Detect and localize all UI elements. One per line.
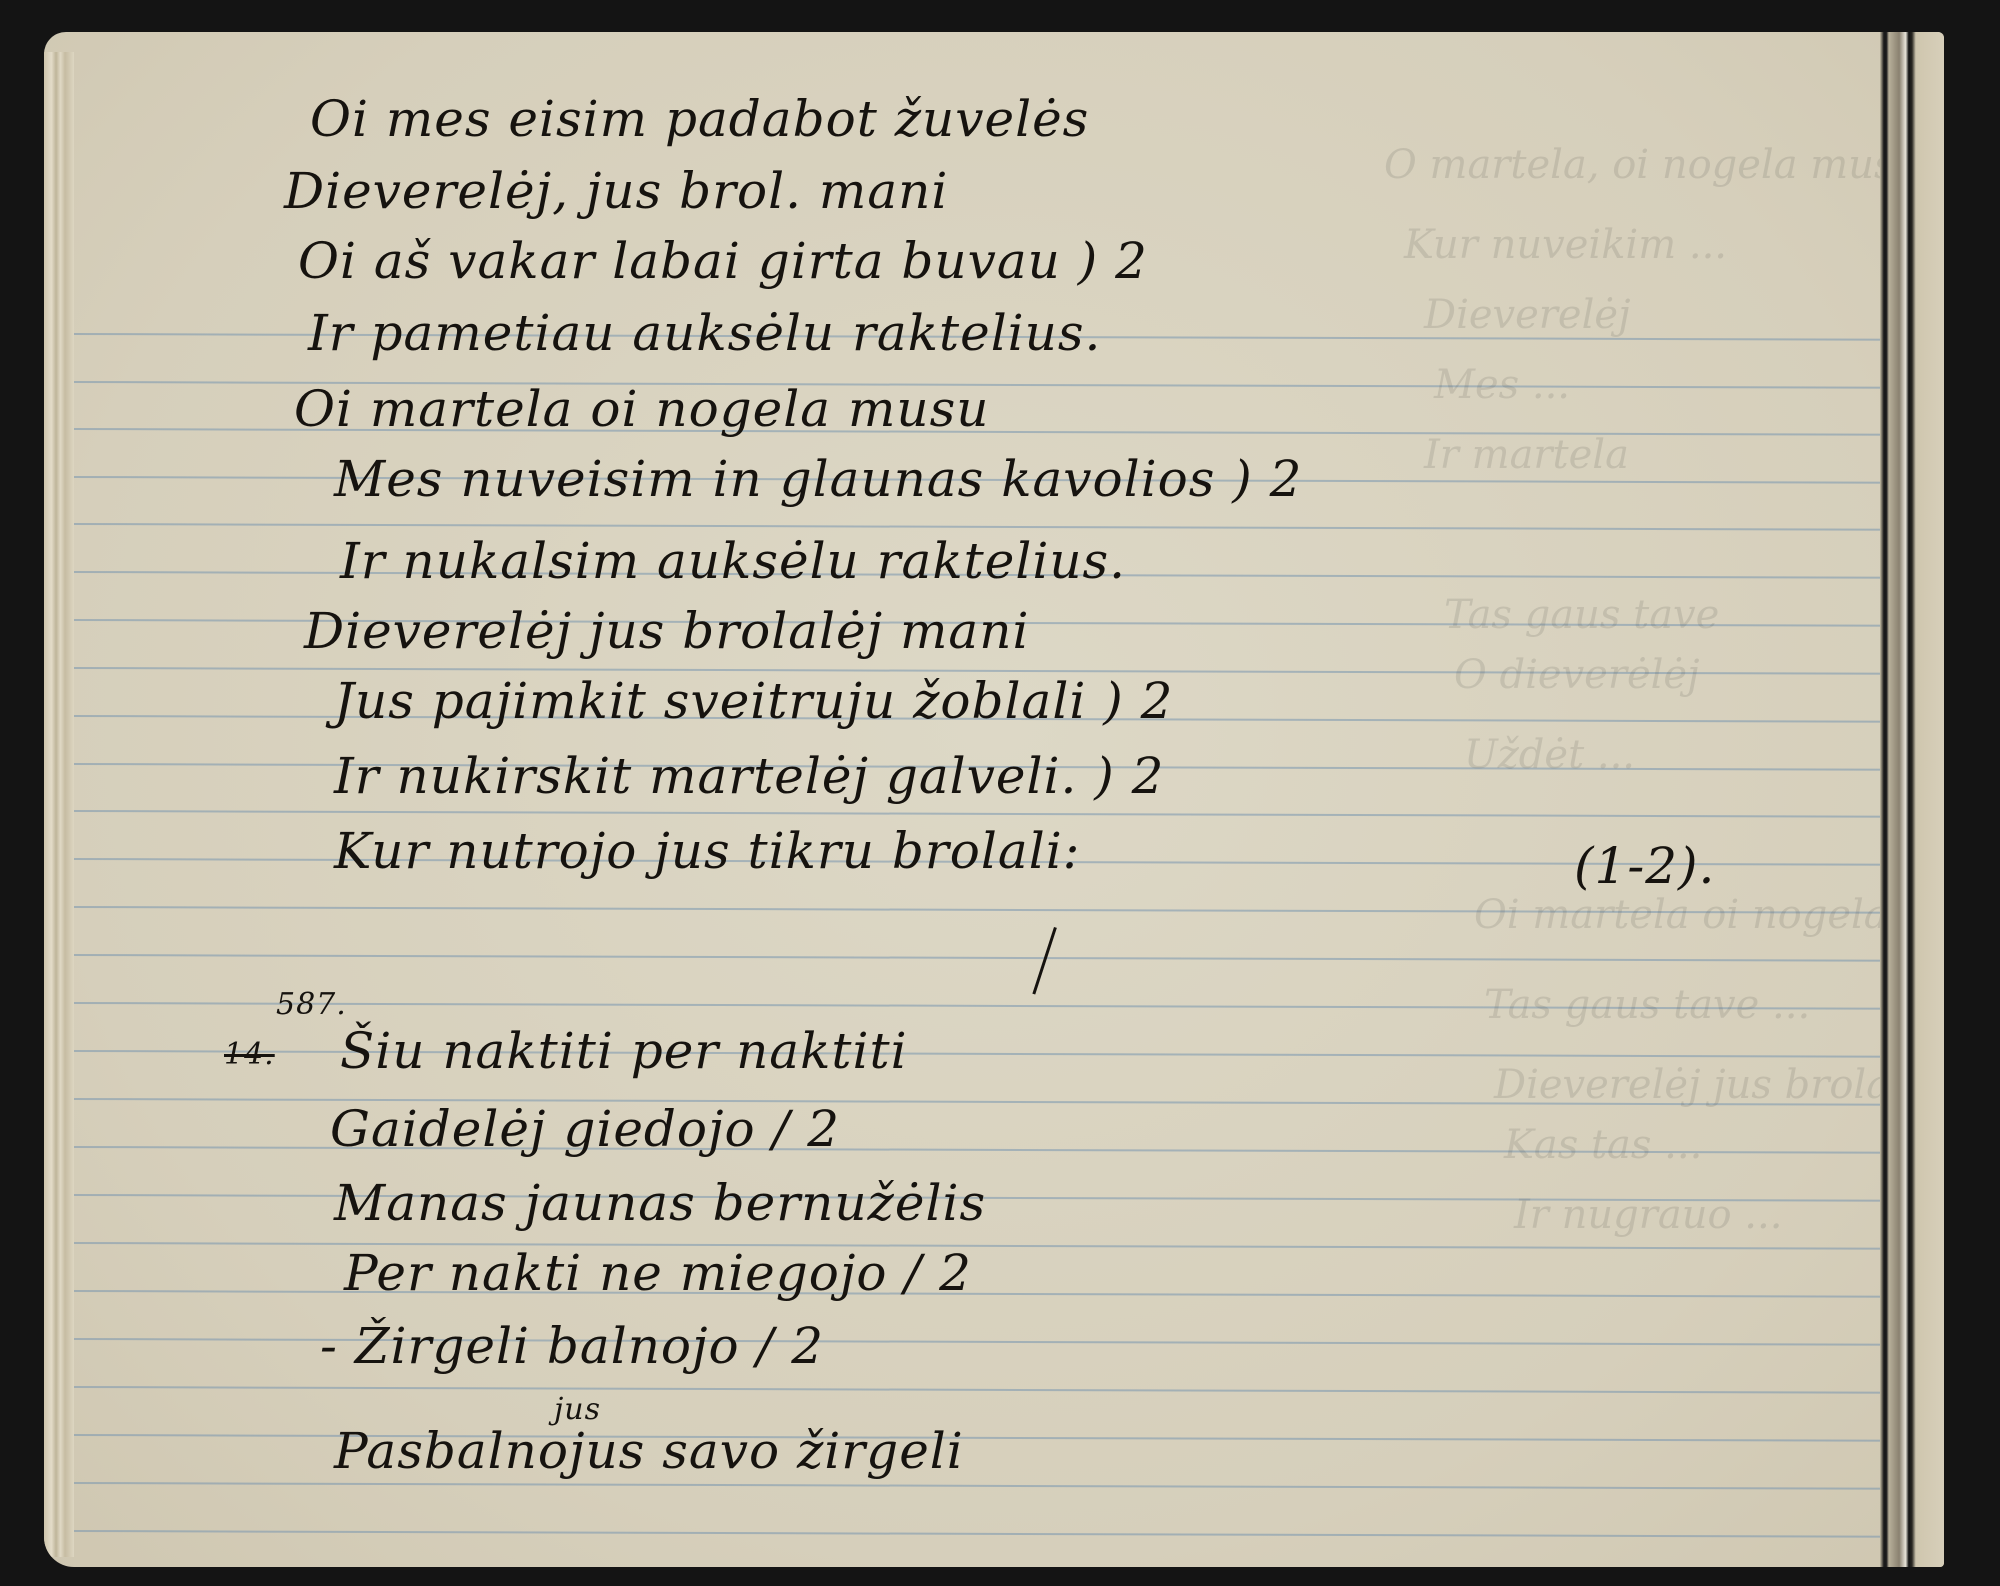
bleed-line: Tas gaus tave ...: [1484, 982, 1810, 1028]
song-line: Oi aš vakar labai girta buvau ) 2: [298, 232, 1148, 290]
song-line: Oi martela oi nogela musu: [294, 380, 989, 438]
bleed-line: O dieverėlėj: [1454, 652, 1700, 698]
notebook-spine: [1880, 32, 1944, 1567]
song-line: Jus pajimkit sveitruju žoblali ) 2: [334, 672, 1173, 730]
struck-text: mudo: [444, 822, 590, 880]
song-line: Manas jaunas bernužėlis: [334, 1174, 986, 1232]
bleed-line: O martela, oi nogela musu: [1384, 142, 1920, 188]
bleed-line: Uždėt ...: [1464, 732, 1635, 778]
song-line: Ir nukalsim auksėlu raktelius.: [340, 532, 1126, 590]
rule-line: [74, 954, 1944, 961]
bleed-line: Oi martela oi nogela: [1474, 892, 1888, 938]
song-line: Pasbalnojus savo žirgeli: [334, 1422, 964, 1480]
song-line: - Žirgeli balnojo / 2: [320, 1317, 824, 1375]
song-line: Oi mes eisim padabot žuvelės: [310, 90, 1089, 148]
bleed-line: Ir nugrauo ...: [1514, 1192, 1782, 1238]
page-stack-edge: [44, 52, 74, 1557]
song-line: Ir pametiau auksėlu raktelius.: [308, 304, 1101, 362]
song-number-new: 587.: [276, 987, 347, 1022]
bleed-line: Mes ...: [1434, 362, 1570, 408]
song-number-old: 14.: [224, 1037, 275, 1072]
bleed-line: Dieverelėj jus brolalėj: [1494, 1062, 1939, 1108]
struck-out-word: mudo: [444, 822, 590, 880]
bleed-line: Ir martela: [1424, 432, 1629, 478]
song-line: Šiu naktiti per naktiti: [340, 1022, 908, 1080]
bleed-line: Kur nuveikim ...: [1404, 222, 1727, 268]
bleed-line: Kas tas ...: [1504, 1122, 1702, 1168]
repeat-note: (1-2).: [1574, 837, 1715, 895]
bleed-line: Dieverelėj: [1424, 292, 1630, 338]
rule-line: [74, 1386, 1944, 1393]
rule-line: [74, 1530, 1944, 1537]
song-line: Dieverelėj, jus brol. mani: [284, 162, 948, 220]
notebook-page: O martela, oi nogela musu Kur nuveikim .…: [44, 32, 1944, 1567]
song-line: Gaidelėj giedojo / 2: [330, 1100, 840, 1158]
song-line: Dieverelėj jus brolalėj mani: [304, 602, 1029, 660]
rule-line: [74, 523, 1944, 530]
song-line: Ir nukirskit martelėj galveli. ) 2: [334, 747, 1164, 805]
bleed-line: Tas gaus tave: [1444, 592, 1719, 638]
song-line: Per nakti ne miegojo / 2: [344, 1244, 972, 1302]
rule-line: [74, 1482, 1944, 1489]
song-line: Mes nuveisim in glaunas kavolios ) 2: [334, 450, 1303, 508]
rule-line: [74, 810, 1944, 817]
